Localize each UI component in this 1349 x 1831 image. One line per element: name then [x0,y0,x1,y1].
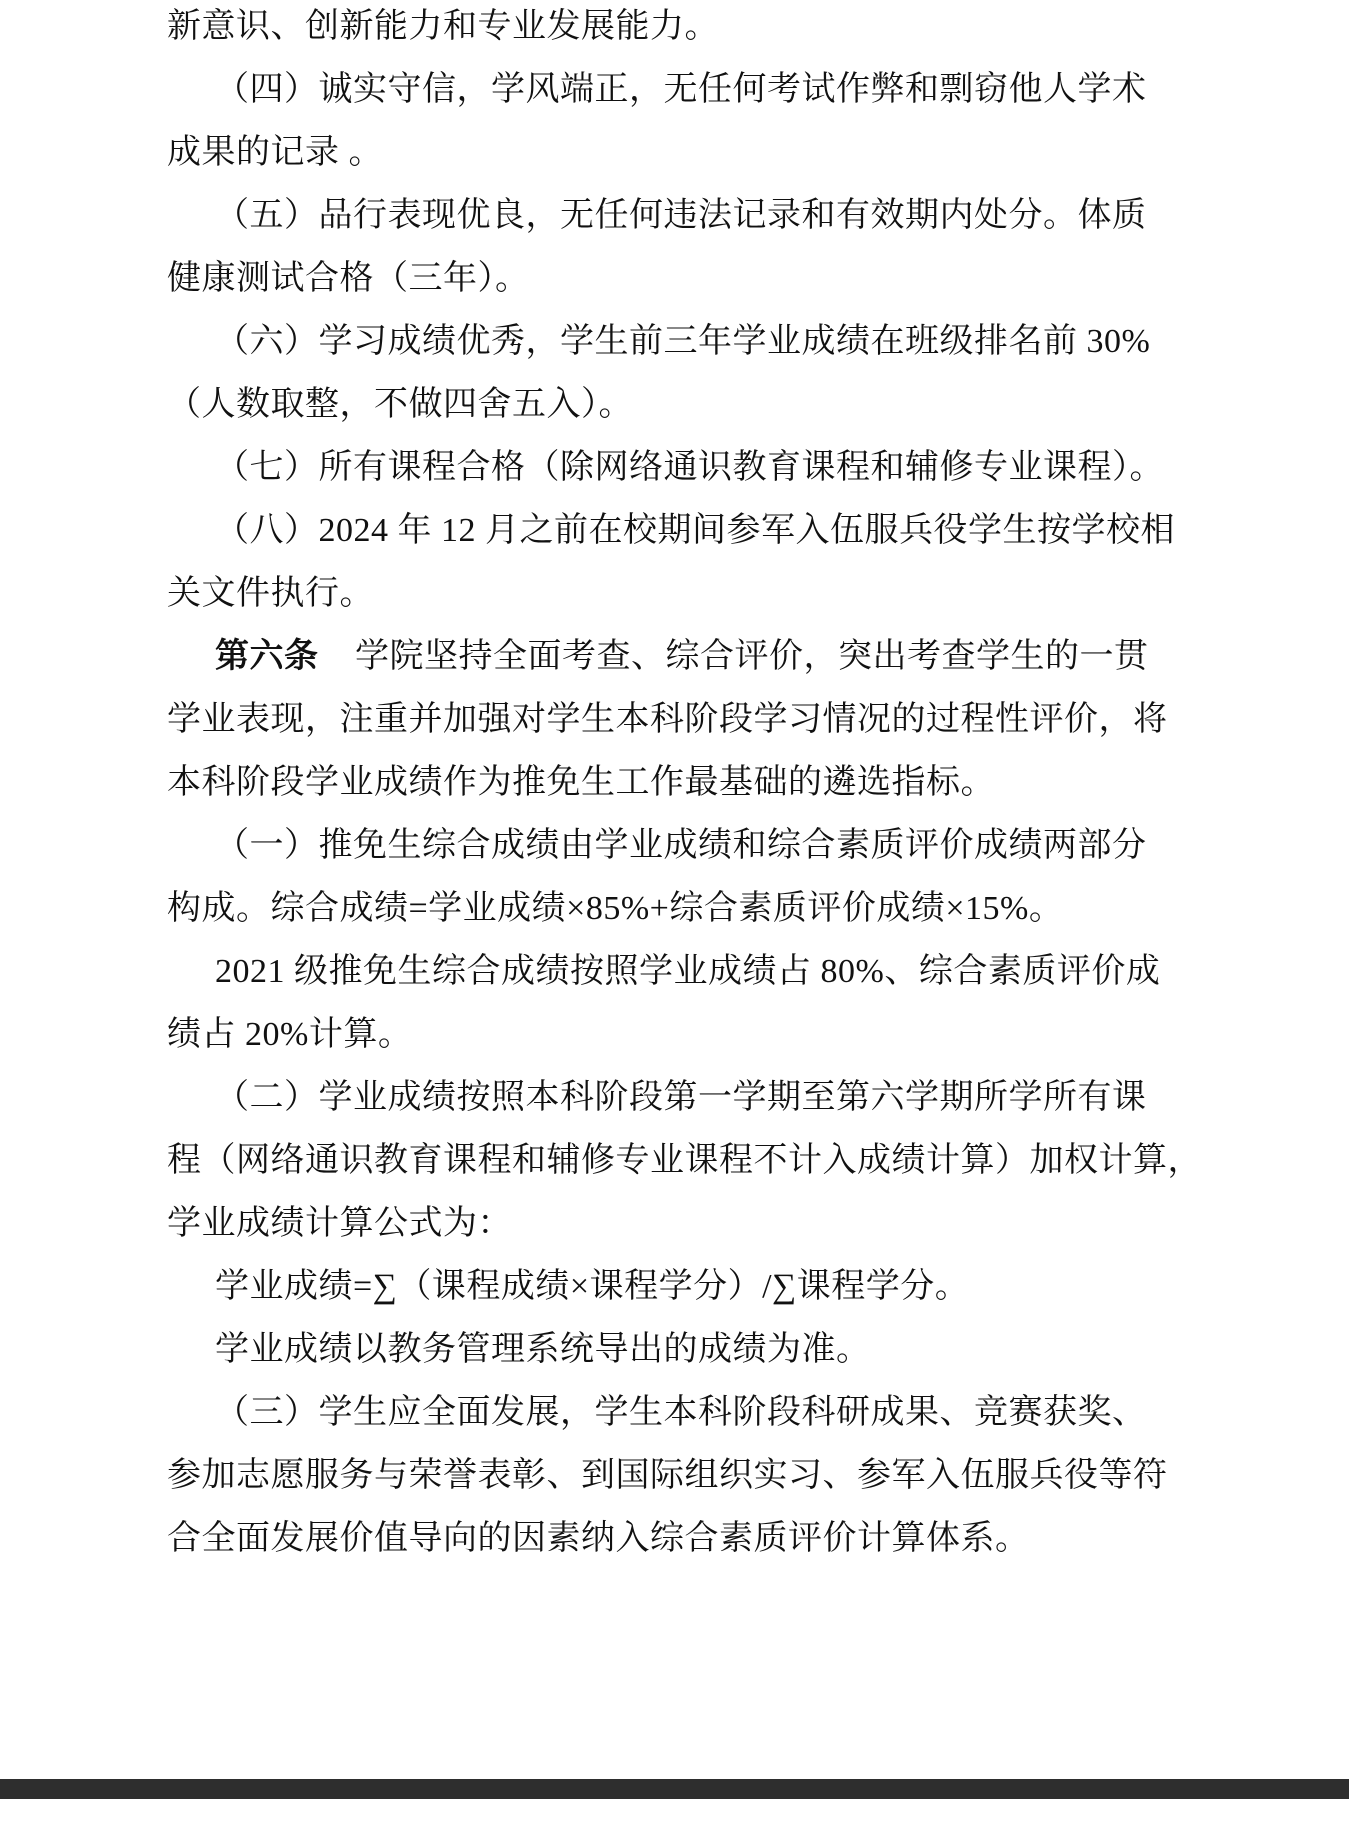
text-line: 第六条 学院坚持全面考查、综合评价，突出考查学生的一贯 [167,625,1162,688]
text-line-content: 学业成绩以教务管理系统导出的成绩为准。 [215,1331,871,1368]
text-line-content: 学业成绩计算公式为： [167,1205,512,1242]
text-line: （七）所有课程合格（除网络通识教育课程和辅修专业课程）。 [167,436,1162,499]
text-line: 构成。综合成绩=学业成绩×85%+综合素质评价成绩×15%。 [167,877,1162,940]
article-number-label: 第六条 [215,638,319,675]
text-line-content: 合全面发展价值导向的因素纳入综合素质评价计算体系。 [167,1520,1030,1557]
text-line-content: （人数取整，不做四舍五入）。 [167,386,633,423]
text-line: （五）品行表现优良，无任何违法记录和有效期内处分。体质 [167,184,1162,247]
text-line-content: 成果的记录 。 [167,134,383,171]
text-line-content: 构成。综合成绩=学业成绩×85%+综合素质评价成绩×15%。 [167,890,1063,927]
text-line-content: 本科阶段学业成绩作为推免生工作最基础的遴选指标。 [167,764,995,801]
text-line-content: （三）学生应全面发展，学生本科阶段科研成果、竞赛获奖、 [215,1394,1147,1431]
text-line-content: 程（网络通识教育课程和辅修专业课程不计入成绩计算）加权计算， [167,1142,1202,1179]
text-line-content: 学业表现，注重并加强对学生本科阶段学习情况的过程性评价，将 [167,701,1168,738]
text-line: 学业成绩以教务管理系统导出的成绩为准。 [167,1318,1162,1381]
text-line: 合全面发展价值导向的因素纳入综合素质评价计算体系。 [167,1507,1162,1570]
text-line-content: 绩占 20%计算。 [167,1016,412,1053]
next-page-top [0,1799,1349,1831]
text-line: 2021 级推免生综合成绩按照学业成绩占 80%、综合素质评价成 [167,940,1162,1003]
text-line-content: 关文件执行。 [167,575,374,612]
text-line-content: （八）2024 年 12 月之前在校期间参军入伍服兵役学生按学校相 [215,512,1175,549]
page-separator-bar [0,1779,1349,1799]
text-line-content: 学业成绩=∑（课程成绩×课程学分）/∑课程学分。 [215,1268,969,1305]
text-line-content: （七）所有课程合格（除网络通识教育课程和辅修专业课程）。 [215,449,1164,486]
text-line-content: （四）诚实守信，学风端正，无任何考试作弊和剽窃他人学术 [215,71,1147,108]
text-line: 本科阶段学业成绩作为推免生工作最基础的遴选指标。 [167,751,1162,814]
text-line: 新意识、创新能力和专业发展能力。 [167,0,1162,58]
text-line-content: （五）品行表现优良，无任何违法记录和有效期内处分。体质 [215,197,1147,234]
text-column: 新意识、创新能力和专业发展能力。（四）诚实守信，学风端正，无任何考试作弊和剽窃他… [167,0,1162,1570]
text-line: 健康测试合格（三年）。 [167,247,1162,310]
text-line: （一）推免生综合成绩由学业成绩和综合素质评价成绩两部分 [167,814,1162,877]
text-line: 学业成绩计算公式为： [167,1192,1162,1255]
text-line-content: 学院坚持全面考查、综合评价，突出考查学生的一贯 [321,638,1149,675]
text-line: 学业表现，注重并加强对学生本科阶段学习情况的过程性评价，将 [167,688,1162,751]
document-page: 新意识、创新能力和专业发展能力。（四）诚实守信，学风端正，无任何考试作弊和剽窃他… [0,0,1349,1779]
text-line: （人数取整，不做四舍五入）。 [167,373,1162,436]
text-line: （二）学业成绩按照本科阶段第一学期至第六学期所学所有课 [167,1066,1162,1129]
text-line: 学业成绩=∑（课程成绩×课程学分）/∑课程学分。 [167,1255,1162,1318]
text-line: 成果的记录 。 [167,121,1162,184]
text-line-content: 新意识、创新能力和专业发展能力。 [167,8,719,45]
text-line-content: 参加志愿服务与荣誉表彰、到国际组织实习、参军入伍服兵役等符 [167,1457,1168,1494]
text-line: 参加志愿服务与荣誉表彰、到国际组织实习、参军入伍服兵役等符 [167,1444,1162,1507]
text-line-content: 2021 级推免生综合成绩按照学业成绩占 80%、综合素质评价成 [215,953,1160,990]
text-line: （六）学习成绩优秀，学生前三年学业成绩在班级排名前 30% [167,310,1162,373]
text-line-content: （六）学习成绩优秀，学生前三年学业成绩在班级排名前 30% [215,323,1150,360]
text-line-content: （一）推免生综合成绩由学业成绩和综合素质评价成绩两部分 [215,827,1147,864]
text-line: 关文件执行。 [167,562,1162,625]
text-line: （八）2024 年 12 月之前在校期间参军入伍服兵役学生按学校相 [167,499,1162,562]
text-line: 绩占 20%计算。 [167,1003,1162,1066]
text-line-content: （二）学业成绩按照本科阶段第一学期至第六学期所学所有课 [215,1079,1147,1116]
text-line: （四）诚实守信，学风端正，无任何考试作弊和剽窃他人学术 [167,58,1162,121]
text-line-content: 健康测试合格（三年）。 [167,260,530,297]
text-line: （三）学生应全面发展，学生本科阶段科研成果、竞赛获奖、 [167,1381,1162,1444]
text-line: 程（网络通识教育课程和辅修专业课程不计入成绩计算）加权计算， [167,1129,1162,1192]
